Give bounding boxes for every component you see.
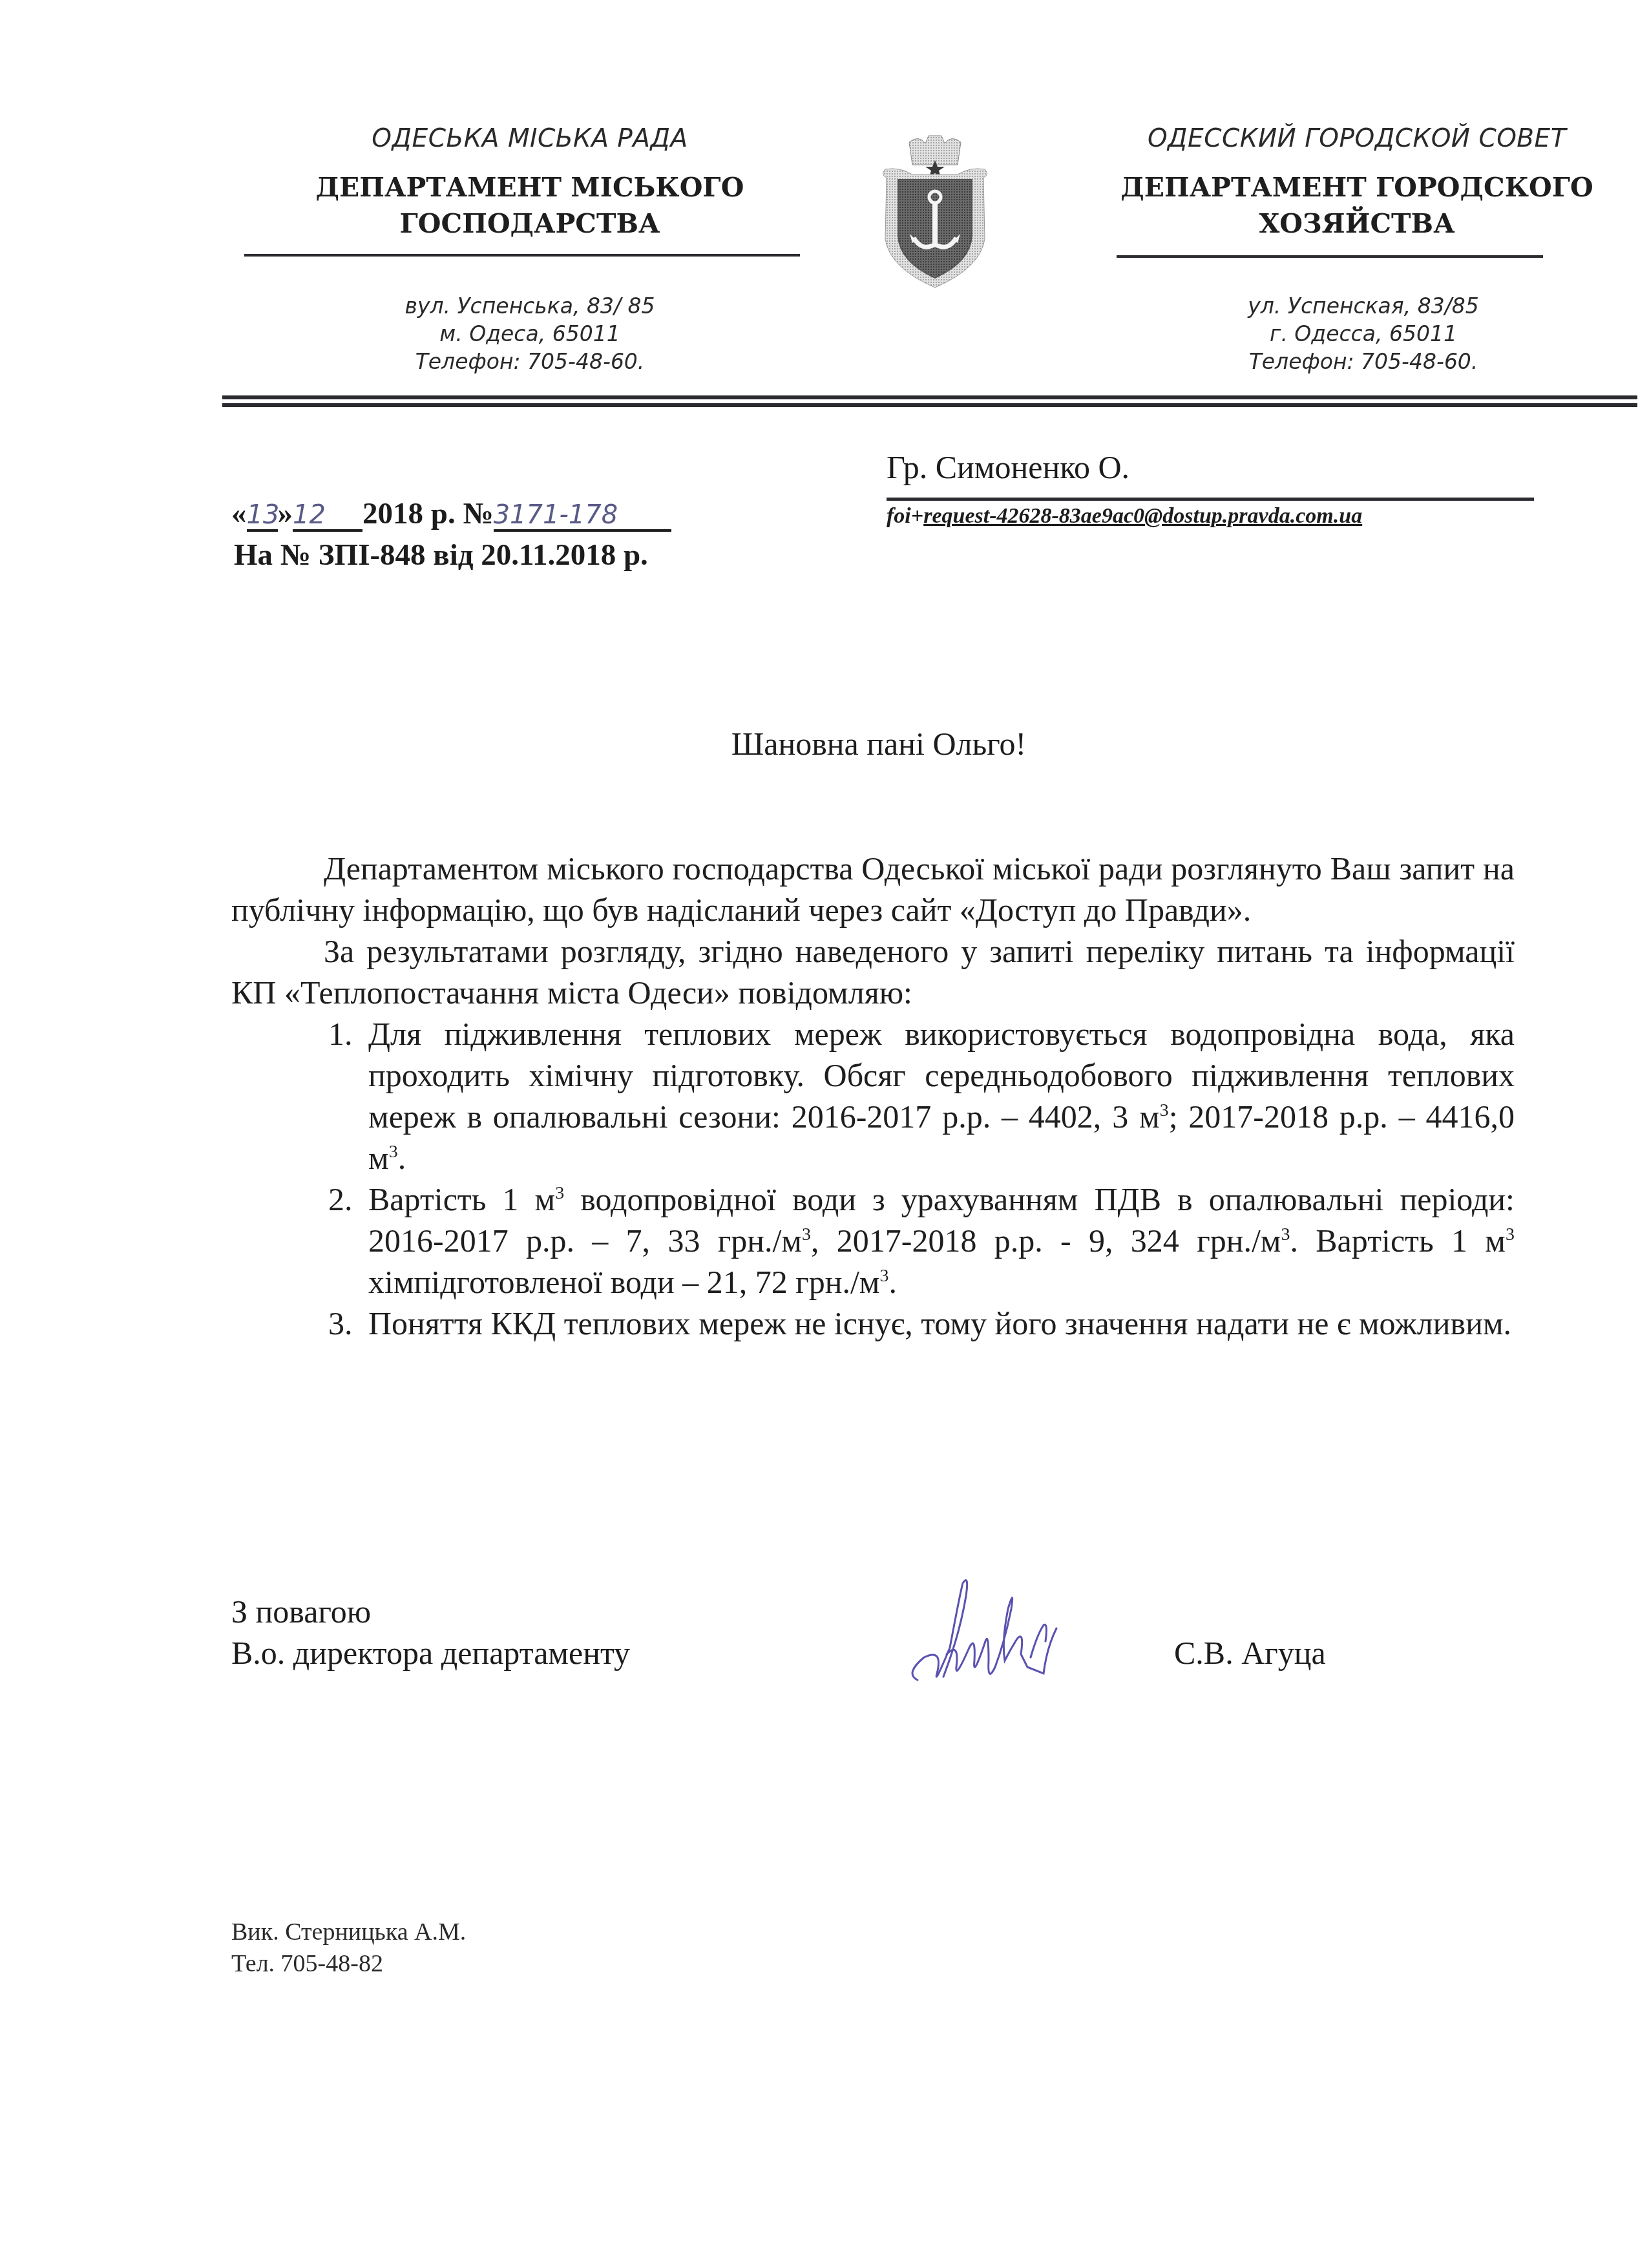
handwritten-signature-icon (898, 1570, 1092, 1693)
odesa-coat-of-arms-icon (874, 129, 996, 291)
day-field: 13 (247, 499, 278, 532)
executor-phone: Тел. 705-48-82 (231, 1948, 466, 1980)
salutation: Шановна пані Ольго! (233, 725, 1525, 762)
department-name-ua-line2: ГОСПОДАРСТВА (246, 205, 814, 242)
address-city-ua: м. Одеса, 65011 (246, 320, 814, 348)
answers-list: 1.Для підживлення теплових мереж викорис… (231, 1013, 1515, 1344)
day-value: 13 (247, 500, 280, 530)
recipient-email[interactable]: foi+request-42628-83ae9ac0@dostup.pravda… (887, 504, 1362, 529)
close-quote: » (278, 497, 293, 530)
email-prefix: foi+ (887, 504, 923, 528)
superscript: 3 (1281, 1224, 1290, 1244)
signatory-position: В.о. директора департаменту (231, 1632, 630, 1674)
in-reply-to: На № ЗПІ-848 від 20.11.2018 р. (234, 538, 648, 572)
header-rule-left (244, 254, 800, 257)
signatory-name: С.В. Агуца (1174, 1632, 1326, 1674)
email-address-link[interactable]: request-42628-83ae9ac0@dostup.pravda.com… (923, 504, 1362, 528)
item-text: . (888, 1264, 897, 1300)
item-text: . Вартість 1 м (1290, 1223, 1506, 1259)
month-value: 12 (293, 500, 326, 530)
month-field: 12 (293, 499, 362, 532)
outgoing-reference: «13»122018 р. №3171-178 (231, 496, 671, 532)
year-text: 2018 р. № (362, 497, 494, 530)
paragraph-results-intro: За результатами розгляду, згідно наведен… (231, 930, 1515, 1013)
letterhead-double-rule-bottom (222, 403, 1637, 407)
item-text: Вартість 1 м (368, 1181, 555, 1217)
outgoing-number-field: 3171-178 (494, 499, 671, 532)
address-block-ru: ул. Успенская, 83/85 г. Одесса, 65011 Те… (1079, 292, 1648, 375)
department-name-ru-line2: ХОЗЯЙСТВА (1060, 205, 1649, 242)
address-city-ru: г. Одесса, 65011 (1079, 320, 1648, 348)
item-text: Поняття ККД теплових мереж не існує, том… (368, 1305, 1511, 1341)
superscript: 3 (1160, 1100, 1169, 1120)
council-name-ua: ОДЕСЬКА МІСЬКА РАДА (246, 124, 814, 153)
item-number: 1. (328, 1013, 353, 1055)
letter-body: Департаментом міського господарства Одес… (231, 848, 1515, 1344)
superscript: 3 (879, 1266, 888, 1286)
item-number: 2. (328, 1179, 353, 1220)
department-name-ua-line1: ДЕПАРТАМЕНТ МІСЬКОГО (246, 169, 814, 205)
executor-name: Вик. Стерницька А.М. (231, 1916, 466, 1948)
address-phone-ua: Телефон: 705-48-60. (246, 348, 814, 375)
address-block-ua: вул. Успенська, 83/ 85 м. Одеса, 65011 Т… (246, 292, 814, 375)
regards: З повагою (231, 1591, 630, 1632)
closing-block: З повагою В.о. директора департаменту (231, 1591, 630, 1674)
letterhead-double-rule-top (222, 395, 1637, 399)
item-number: 3. (328, 1303, 353, 1344)
department-name-ru: ДЕПАРТАМЕНТ ГОРОДСКОГО ХОЗЯЙСТВА (1060, 169, 1649, 242)
item-text: хімпідготовленої води – 21, 72 грн./м (368, 1264, 879, 1300)
outgoing-number-value: 3171-178 (494, 500, 618, 530)
department-name-ua: ДЕПАРТАМЕНТ МІСЬКОГО ГОСПОДАРСТВА (246, 169, 814, 242)
address-street-ru: ул. Успенская, 83/85 (1079, 292, 1648, 320)
department-name-ru-line1: ДЕПАРТАМЕНТ ГОРОДСКОГО (1060, 169, 1649, 205)
address-phone-ru: Телефон: 705-48-60. (1079, 348, 1648, 375)
answer-item-3: 3.Поняття ККД теплових мереж не існує, т… (328, 1303, 1515, 1344)
council-name-ru: ОДЕССКИЙ ГОРОДСКОЙ СОВЕТ (1073, 124, 1641, 153)
header-rule-right (1117, 255, 1543, 258)
superscript: 3 (802, 1224, 811, 1244)
superscript: 3 (389, 1142, 398, 1162)
superscript: 3 (555, 1183, 564, 1203)
recipient-rule (887, 498, 1534, 501)
address-street-ua: вул. Успенська, 83/ 85 (246, 292, 814, 320)
superscript: 3 (1506, 1224, 1515, 1244)
answer-item-2: 2.Вартість 1 м3 водопровідної води з ура… (328, 1179, 1515, 1303)
open-quote: « (231, 497, 247, 530)
recipient-name: Гр. Симоненко О. (887, 448, 1129, 486)
answer-item-1: 1.Для підживлення теплових мереж викорис… (328, 1013, 1515, 1179)
executor-block: Вик. Стерницька А.М. Тел. 705-48-82 (231, 1916, 466, 1980)
item-text: . (398, 1140, 406, 1176)
item-text: , 2017-2018 р.р. - 9, 324 грн./м (811, 1223, 1281, 1259)
paragraph-review-notice: Департаментом міського господарства Одес… (231, 848, 1515, 930)
